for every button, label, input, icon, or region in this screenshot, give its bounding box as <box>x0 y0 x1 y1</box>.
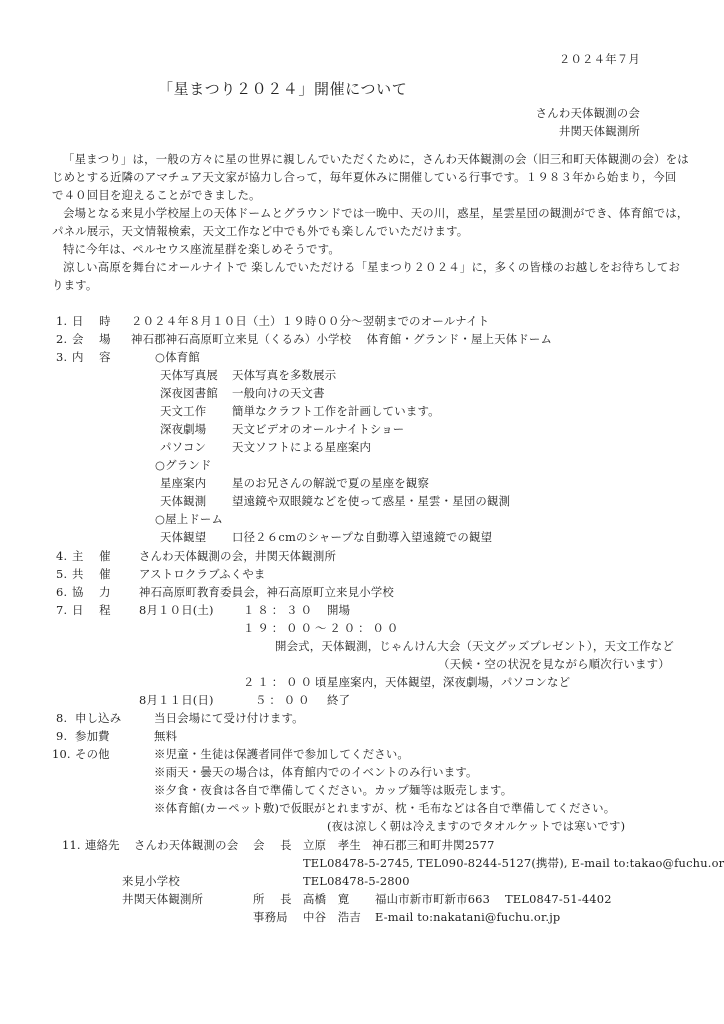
contact-phone: TEL08478-5-2800 <box>303 874 410 888</box>
intro-line: 会場となる来見小学校屋上の天体ドームとグラウンドでは一晩中、天の川，惑星，星雲星… <box>63 206 688 220</box>
document-title: 「星まつり２０２４」開催について <box>158 80 407 98</box>
item-number: 9. <box>56 729 67 743</box>
item-label: 日 程 <box>72 603 113 617</box>
program-name: 天体写真展 <box>160 368 218 382</box>
item-number: 3. <box>56 350 67 364</box>
program-desc: 天文ソフトによる星座案内 <box>232 440 371 454</box>
contact-role: 会 長 <box>253 838 294 852</box>
contact-org: さんわ天体観測の会 <box>134 838 238 852</box>
note-line: ※雨天・曇天の場合は，体育館内でのイベントのみ行います。 <box>154 765 478 779</box>
section-heading-ground: ○グランド <box>155 458 212 472</box>
item-label: その他 <box>75 747 110 761</box>
program-desc: 簡単なクラフト工作を計画しています。 <box>232 404 440 418</box>
document-date: ２０２４年７月 <box>559 52 640 66</box>
schedule-day-2: 8月１１日(日) <box>139 693 214 707</box>
item-value: アストロクラブふくやま <box>139 567 265 581</box>
item-label: 主 催 <box>72 549 113 563</box>
item-number: 6. <box>56 585 67 599</box>
program-desc: 一般向けの天文書 <box>232 386 325 400</box>
item-label: 申し込み <box>75 711 121 725</box>
contact-email[interactable]: E-mail to:nakatani@fuchu.or.jp <box>375 910 560 924</box>
intro-line: 「星まつり」は，一般の方々に星の世界に親しんでいただくために，さんわ天体観測の会… <box>63 152 689 166</box>
contact-role: 所 長 <box>253 892 294 906</box>
item-number: 10. <box>52 747 71 761</box>
program-desc: 望遠鏡や双眼鏡などを使って惑星・星雲・星団の観測 <box>232 494 510 508</box>
section-heading-gym: ○体育館 <box>155 350 200 364</box>
program-desc: 天体写真を多数展示 <box>232 368 336 382</box>
intro-line: で４０回目を迎えることができました。 <box>52 188 261 202</box>
contact-phone: TEL0847-51-4402 <box>505 892 612 906</box>
contact-person: 中谷 浩吉 <box>303 910 361 924</box>
item-number: 8. <box>56 711 67 725</box>
note-line: ※体育館(カーペット敷)で仮眠がとれますが、枕・毛布などは各自で準備してください… <box>154 801 615 815</box>
section-heading-dome: ○屋上ドーム <box>155 512 223 526</box>
organizer-2: 井関天体観測所 <box>559 124 640 138</box>
contact-person: 高橋 寛 <box>303 892 349 906</box>
item-value: ２０２４年８月１０日（土）１９時００分～翌朝までのオールナイト <box>131 314 489 328</box>
item-label: 参加費 <box>75 729 110 743</box>
program-name: 深夜劇場 <box>160 422 206 436</box>
schedule-time: ５：００ <box>255 693 313 707</box>
item-value: 当日会場にて受け付けます。 <box>154 711 304 725</box>
note-line: ※児童・生徒は保護者同伴で参加してください。 <box>154 747 409 761</box>
item-value: 無料 <box>154 729 177 743</box>
item-value: 神石高原町教育委員会，神石高原町立来見小学校 <box>139 585 394 599</box>
item-number: 5. <box>56 567 67 581</box>
schedule-time: １８：３０ <box>243 603 315 617</box>
program-name: 天体観望 <box>160 530 206 544</box>
schedule-time: ２１：００頃 <box>243 675 329 689</box>
item-number: 4. <box>56 549 67 563</box>
intro-line: 涼しい高原を舞台にオールナイトで 楽しんでいただける「星まつり２０２４」に，多く… <box>63 260 680 274</box>
program-name: 天体観測 <box>160 494 206 508</box>
schedule-event: 終了 <box>327 693 350 707</box>
organizer-1: さんわ天体観測の会 <box>536 106 640 120</box>
item-number: 1. <box>56 314 67 328</box>
intro-line: じめとする近隣のアマチュア天文家が協力し合って，毎年夏休みに開催している行事です… <box>52 170 676 184</box>
note-line: ※夕食・夜食は各自で準備してください。カップ麺等は販売します。 <box>154 783 512 797</box>
item-number: 11. <box>62 838 81 852</box>
intro-line: 特に今年は、ペルセウス座流星群を楽しめそうです。 <box>63 242 340 256</box>
item-value: 神石郡神石高原町立来見（くるみ）小学校 体育館・グランド・屋上天体ドーム <box>131 332 552 346</box>
item-number: 7. <box>56 603 67 617</box>
schedule-time: １９：００～２０：００ <box>243 621 401 635</box>
contact-address: 神石郡三和町井関2577 <box>372 838 495 852</box>
program-desc: 天文ビデオのオールナイトショー <box>232 422 404 436</box>
program-name: パソコン <box>160 440 206 454</box>
program-desc: 星のお兄さんの解説で夏の星座を観察 <box>232 476 429 490</box>
contact-address: 福山市新市町新市663 <box>375 892 490 906</box>
program-name: 天文工作 <box>160 404 206 418</box>
schedule-day-1: 8月１０日(土) <box>139 603 214 617</box>
contact-person: 立原 孝生 <box>303 838 361 852</box>
item-number: 2. <box>56 332 67 346</box>
program-name: 星座案内 <box>160 476 206 490</box>
item-label: 共 催 <box>72 567 113 581</box>
note-sub: (夜は涼しく朝は冷えますのでタオルケットでは寒いです) <box>327 819 625 833</box>
contact-role: 事務局 <box>253 910 288 924</box>
item-label: 内 容 <box>72 350 113 364</box>
contact-org: 井関天体観測所 <box>122 892 203 906</box>
intro-line: パネル展示，天文情報検索，天文工作など中でも外でも楽しんでいただけます。 <box>52 224 468 238</box>
schedule-event: 開会式，天体観測，じゃんけん大会（天文グッズプレゼント），天文工作など <box>275 639 674 653</box>
schedule-event: 星座案内，天体観望，深夜劇場，パソコンなど <box>327 675 570 689</box>
item-value: さんわ天体観測の会，井関天体観測所 <box>139 549 336 563</box>
item-label: 会 場 <box>72 332 113 346</box>
item-label: 協 力 <box>72 585 113 599</box>
intro-line: ります。 <box>52 278 97 292</box>
contact-phone-email: TEL08478-5-2745, TEL090-8244-5127(携帯), E… <box>303 856 724 870</box>
program-desc: 口径２６cmのシャープな自動導入望遠鏡での観望 <box>232 530 492 544</box>
item-label: 連絡先 <box>85 838 120 852</box>
contact-org: 来見小学校 <box>122 874 180 888</box>
schedule-note: （天候・空の状況を見ながら順次行います） <box>438 657 670 671</box>
item-label: 日 時 <box>72 314 113 328</box>
program-name: 深夜図書館 <box>160 386 218 400</box>
schedule-event: 開場 <box>327 603 350 617</box>
